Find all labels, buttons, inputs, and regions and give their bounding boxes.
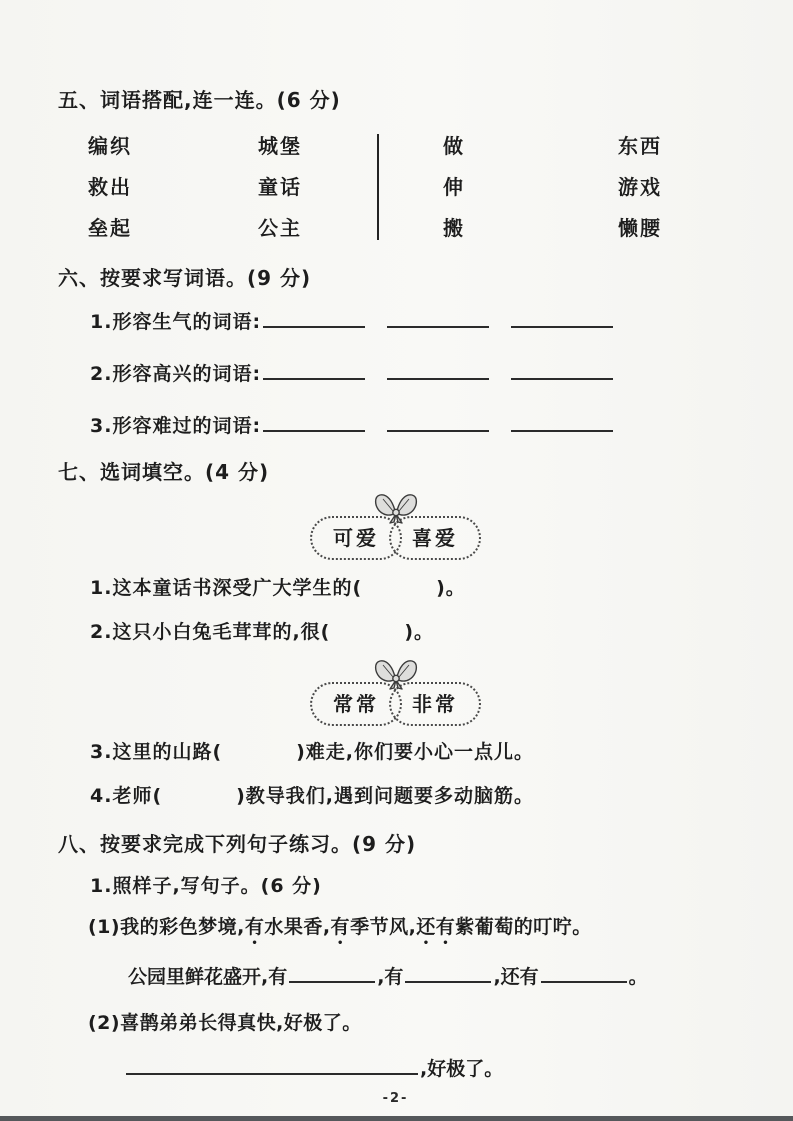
emphasized-word: 有: [331, 916, 351, 938]
match-word[interactable]: 东西: [618, 134, 662, 158]
answer-blank[interactable]: [263, 358, 365, 380]
sentence-suffix: ,好极了。: [420, 1058, 503, 1080]
sentence-segment: 水果香,: [264, 916, 330, 938]
write-words-row: 2.形容高兴的词语:: [90, 358, 733, 388]
sentence-segment: (1)我的彩色梦境,: [88, 916, 245, 938]
match-word[interactable]: 公主: [258, 216, 377, 240]
fill-blank-question: 2.这只小白兔毛茸茸的,很()。: [90, 618, 733, 646]
question-text: )教导我们,遇到问题要多动脑筋。: [236, 785, 534, 807]
match-column-verbs-left: 编织 救出 垒起: [88, 134, 258, 240]
fill-blank-question: 3.这里的山路()难走,你们要小心一点儿。: [90, 738, 733, 766]
answer-blank[interactable]: [126, 1053, 418, 1075]
section-seven-title: 七、选词填空。(4 分): [58, 458, 733, 486]
bow-icon: [371, 656, 421, 690]
worksheet-page: 五、词语搭配,连一连。(6 分) 编织 救出 垒起 城堡 童话 公主 做 伸 搬…: [0, 0, 793, 1121]
section-six-title: 六、按要求写词语。(9 分): [58, 264, 733, 292]
match-column-verbs-right: 做 伸 搬: [443, 134, 618, 240]
emphasized-word: 有: [245, 916, 265, 938]
page-number: -2-: [58, 1091, 733, 1106]
sentence-segment: 季节风,: [350, 916, 416, 938]
question-label: 1.形容生气的词语:: [90, 311, 261, 333]
question-text: 1.这本童话书深受广大学生的(: [90, 577, 362, 599]
answer-blank[interactable]: [511, 306, 613, 328]
divider-line: [377, 134, 379, 240]
section-eight: 八、按要求完成下列句子练习。(9 分) 1.照样子,写句子。(6 分) (1)我…: [58, 830, 733, 1083]
answer-blank[interactable]: [405, 961, 491, 983]
question-text: )难走,你们要小心一点儿。: [296, 741, 534, 763]
match-word[interactable]: 搬: [443, 216, 618, 240]
fill-blank-question: 4.老师()教导我们,遇到问题要多动脑筋。: [90, 782, 733, 810]
section-six: 六、按要求写词语。(9 分) 1.形容生气的词语: 2.形容高兴的词语: 3.形…: [58, 264, 733, 440]
write-words-row: 3.形容难过的词语:: [90, 410, 733, 440]
example-sentence-2: (2)喜鹊弟弟长得真快,好极了。: [88, 1009, 733, 1037]
question-label: 2.形容高兴的词语:: [90, 363, 261, 385]
match-word[interactable]: 编织: [88, 134, 258, 158]
answer-blank[interactable]: [263, 410, 365, 432]
write-words-row: 1.形容生气的词语:: [90, 306, 733, 336]
answer-blank[interactable]: [541, 961, 627, 983]
match-word[interactable]: 游戏: [618, 175, 662, 199]
sentence-segment: 公园里鲜花盛开,有: [128, 966, 287, 988]
section-five: 五、词语搭配,连一连。(6 分) 编织 救出 垒起 城堡 童话 公主 做 伸 搬…: [58, 86, 733, 240]
section-five-title: 五、词语搭配,连一连。(6 分): [58, 86, 733, 114]
match-word[interactable]: 垒起: [88, 216, 258, 240]
word-choice-box-1: 可爱喜爱: [310, 490, 481, 560]
sentence-segment: 。: [629, 966, 648, 988]
emphasized-word: 还有: [416, 916, 455, 938]
match-column-nouns-left: 城堡 童话 公主: [258, 134, 377, 240]
match-word[interactable]: 伸: [443, 175, 618, 199]
question-text: )。: [404, 621, 434, 643]
answer-blank[interactable]: [511, 410, 613, 432]
example-sentence: (1)我的彩色梦境,有水果香,有季节风,还有紫葡萄的叮咛。: [88, 912, 733, 949]
word-choice-box-2: 常常非常: [310, 656, 481, 726]
fill-blank-question: 1.这本童话书深受广大学生的()。: [90, 574, 733, 602]
answer-blank[interactable]: [511, 358, 613, 380]
question-text: 4.老师(: [90, 785, 162, 807]
sub-question-title: 1.照样子,写句子。(6 分): [90, 872, 733, 900]
sentence-answer-line: ,好极了。: [126, 1053, 733, 1083]
answer-blank[interactable]: [263, 306, 365, 328]
question-text: )。: [436, 577, 466, 599]
question-text: 2.这只小白兔毛茸茸的,很(: [90, 621, 330, 643]
match-word[interactable]: 做: [443, 134, 618, 158]
match-word[interactable]: 救出: [88, 175, 258, 199]
match-word[interactable]: 懒腰: [618, 216, 662, 240]
match-word[interactable]: 城堡: [258, 134, 377, 158]
scan-edge-strip: [0, 1116, 793, 1121]
sentence-segment: 紫葡萄的叮咛。: [455, 916, 592, 938]
answer-blank[interactable]: [289, 961, 375, 983]
question-label: 3.形容难过的词语:: [90, 415, 261, 437]
answer-blank[interactable]: [387, 410, 489, 432]
answer-blank[interactable]: [387, 358, 489, 380]
answer-blank[interactable]: [387, 306, 489, 328]
section-seven: 七、选词填空。(4 分) 可爱喜爱 1.这本童话书深受广大学生的()。 2.这: [58, 458, 733, 810]
question-text: 3.这里的山路(: [90, 741, 222, 763]
sentence-fill-line: 公园里鲜花盛开,有,有,还有。: [128, 961, 733, 991]
sentence-segment: ,有: [377, 966, 403, 988]
matching-exercise: 编织 救出 垒起 城堡 童话 公主 做 伸 搬 东西 游戏 懒腰: [88, 134, 733, 240]
match-word[interactable]: 童话: [258, 175, 377, 199]
section-eight-title: 八、按要求完成下列句子练习。(9 分): [58, 830, 733, 858]
match-column-nouns-right: 东西 游戏 懒腰: [618, 134, 662, 240]
bow-icon: [371, 490, 421, 524]
sentence-segment: ,还有: [493, 966, 538, 988]
